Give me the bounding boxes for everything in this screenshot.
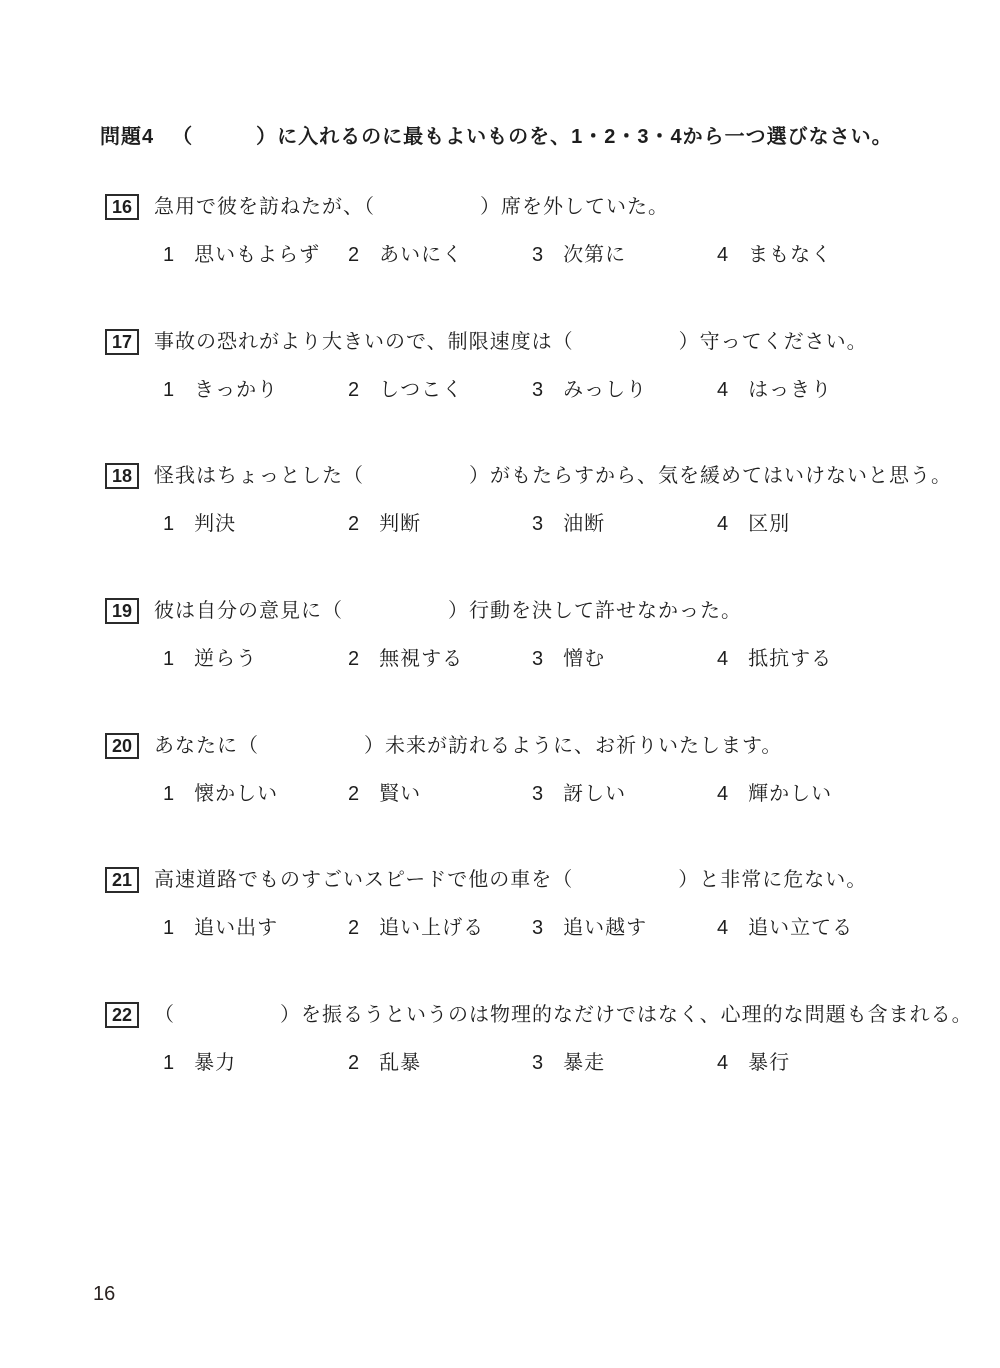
test-page: { "header": { "label": "問題4", "text": "（…	[0, 0, 1000, 1368]
question-stem: 急用で彼を訪ねたが、（ ）席を外していた。	[154, 193, 669, 221]
option-number: 4	[717, 914, 728, 942]
option-number: 3	[532, 1049, 543, 1077]
answer-option-4: 4暴行	[717, 1049, 790, 1077]
answer-option-4: 4輝かしい	[717, 780, 832, 808]
question-number-badge: 18	[105, 463, 139, 489]
option-text: 暴走	[563, 1049, 605, 1077]
option-number: 3	[532, 510, 543, 538]
question-stem: 怪我はちょっとした（ ）がもたらすから、気を緩めてはいけないと思う。	[154, 462, 952, 490]
question-17: 17 事故の恐れがより大きいので、制限速度は（ ）守ってください。 1きっかり …	[105, 328, 1000, 404]
option-text: 無視する	[379, 645, 463, 673]
answer-options: 1思いもよらず 2あいにく 3次第に 4まもなく	[105, 241, 1000, 269]
option-text: 輝かしい	[748, 780, 832, 808]
option-number: 3	[532, 780, 543, 808]
option-text: 追い上げる	[379, 914, 484, 942]
answer-option-2: 2しつこく	[348, 376, 463, 404]
question-21: 21 高速道路でものすごいスピードで他の車を（ ）と非常に危ない。 1追い出す …	[105, 866, 1000, 942]
option-text: 乱暴	[379, 1049, 421, 1077]
option-text: きっかり	[194, 376, 278, 404]
option-text: 訝しい	[563, 780, 626, 808]
answer-option-3: 3みっしり	[532, 376, 647, 404]
answer-options: 1懐かしい 2賢い 3訝しい 4輝かしい	[105, 780, 1000, 808]
option-number: 1	[163, 645, 174, 673]
answer-option-1: 1きっかり	[163, 376, 278, 404]
option-text: 追い越す	[563, 914, 647, 942]
option-number: 4	[717, 241, 728, 269]
answer-option-1: 1暴力	[163, 1049, 236, 1077]
answer-option-3: 3訝しい	[532, 780, 626, 808]
answer-options: 1暴力 2乱暴 3暴走 4暴行	[105, 1049, 1000, 1077]
option-text: 区別	[748, 510, 790, 538]
option-text: はっきり	[748, 376, 832, 404]
question-stem: あなたに（ ）未来が訪れるように、お祈りいたします。	[154, 732, 782, 760]
answer-option-2: 2無視する	[348, 645, 463, 673]
option-number: 2	[348, 1049, 359, 1077]
option-number: 3	[532, 914, 543, 942]
option-number: 4	[717, 376, 728, 404]
option-number: 3	[532, 645, 543, 673]
instructions-text: （ ）に入れるのに最もよいものを、1・2・3・4から一つ選びなさい。	[172, 123, 893, 151]
answer-option-1: 1追い出す	[163, 914, 278, 942]
option-number: 1	[163, 780, 174, 808]
option-number: 2	[348, 241, 359, 269]
option-text: 追い出す	[194, 914, 278, 942]
option-text: 暴力	[194, 1049, 236, 1077]
answer-option-4: 4追い立てる	[717, 914, 853, 942]
option-text: 思いもよらず	[194, 241, 320, 269]
option-text: しつこく	[379, 376, 463, 404]
instructions: 問題4 （ ）に入れるのに最もよいものを、1・2・3・4から一つ選びなさい。	[100, 123, 893, 151]
answer-option-3: 3油断	[532, 510, 605, 538]
page-number: 16	[93, 1283, 115, 1306]
question-20: 20 あなたに（ ）未来が訪れるように、お祈りいたします。 1懐かしい 2賢い …	[105, 732, 1000, 808]
option-text: みっしり	[563, 376, 647, 404]
option-number: 4	[717, 510, 728, 538]
answer-option-3: 3次第に	[532, 241, 626, 269]
question-stem: 高速道路でものすごいスピードで他の車を（ ）と非常に危ない。	[154, 866, 867, 894]
option-number: 3	[532, 376, 543, 404]
option-text: あいにく	[379, 241, 463, 269]
option-number: 2	[348, 645, 359, 673]
option-number: 2	[348, 376, 359, 404]
option-number: 1	[163, 1049, 174, 1077]
question-number-badge: 22	[105, 1002, 139, 1028]
option-number: 1	[163, 914, 174, 942]
question-number-badge: 17	[105, 329, 139, 355]
answer-option-4: 4まもなく	[717, 241, 832, 269]
answer-options: 1判決 2判断 3油断 4区別	[105, 510, 1000, 538]
option-text: 懐かしい	[194, 780, 278, 808]
answer-option-4: 4抵抗する	[717, 645, 832, 673]
question-16: 16 急用で彼を訪ねたが、（ ）席を外していた。 1思いもよらず 2あいにく 3…	[105, 193, 1000, 269]
question-number-badge: 19	[105, 598, 139, 624]
answer-option-2: 2乱暴	[348, 1049, 421, 1077]
option-text: まもなく	[748, 241, 832, 269]
answer-option-1: 1判決	[163, 510, 236, 538]
answer-option-2: 2判断	[348, 510, 421, 538]
answer-options: 1逆らう 2無視する 3憎む 4抵抗する	[105, 645, 1000, 673]
question-stem: 事故の恐れがより大きいので、制限速度は（ ）守ってください。	[154, 328, 868, 356]
question-22: 22 （ ）を振るうというのは物理的なだけではなく、心理的な問題も含まれる。 1…	[105, 1001, 1000, 1077]
option-number: 1	[163, 376, 174, 404]
option-text: 逆らう	[194, 645, 257, 673]
option-text: 憎む	[563, 645, 605, 673]
answer-option-2: 2あいにく	[348, 241, 463, 269]
option-number: 2	[348, 510, 359, 538]
problem-label: 問題4	[100, 123, 154, 151]
answer-option-1: 1逆らう	[163, 645, 257, 673]
option-number: 1	[163, 241, 174, 269]
option-number: 3	[532, 241, 543, 269]
option-text: 次第に	[563, 241, 626, 269]
answer-options: 1きっかり 2しつこく 3みっしり 4はっきり	[105, 376, 1000, 404]
question-number-badge: 21	[105, 867, 139, 893]
answer-options: 1追い出す 2追い上げる 3追い越す 4追い立てる	[105, 914, 1000, 942]
option-number: 4	[717, 645, 728, 673]
answer-option-4: 4はっきり	[717, 376, 832, 404]
question-number-badge: 16	[105, 194, 139, 220]
option-number: 2	[348, 914, 359, 942]
answer-option-2: 2追い上げる	[348, 914, 484, 942]
question-18: 18 怪我はちょっとした（ ）がもたらすから、気を緩めてはいけないと思う。 1判…	[105, 462, 1000, 538]
option-text: 暴行	[748, 1049, 790, 1077]
answer-option-2: 2賢い	[348, 780, 421, 808]
option-number: 1	[163, 510, 174, 538]
question-number-badge: 20	[105, 733, 139, 759]
option-text: 判決	[194, 510, 236, 538]
answer-option-1: 1懐かしい	[163, 780, 278, 808]
option-text: 賢い	[379, 780, 421, 808]
question-19: 19 彼は自分の意見に（ ）行動を決して許せなかった。 1逆らう 2無視する 3…	[105, 597, 1000, 673]
option-text: 油断	[563, 510, 605, 538]
question-stem: （ ）を振るうというのは物理的なだけではなく、心理的な問題も含まれる。	[154, 1001, 973, 1029]
option-number: 4	[717, 1049, 728, 1077]
option-text: 判断	[379, 510, 421, 538]
answer-option-3: 3追い越す	[532, 914, 647, 942]
answer-option-4: 4区別	[717, 510, 790, 538]
option-number: 2	[348, 780, 359, 808]
answer-option-3: 3憎む	[532, 645, 605, 673]
option-number: 4	[717, 780, 728, 808]
option-text: 追い立てる	[748, 914, 853, 942]
answer-option-1: 1思いもよらず	[163, 241, 320, 269]
answer-option-3: 3暴走	[532, 1049, 605, 1077]
question-stem: 彼は自分の意見に（ ）行動を決して許せなかった。	[154, 597, 742, 625]
option-text: 抵抗する	[748, 645, 832, 673]
